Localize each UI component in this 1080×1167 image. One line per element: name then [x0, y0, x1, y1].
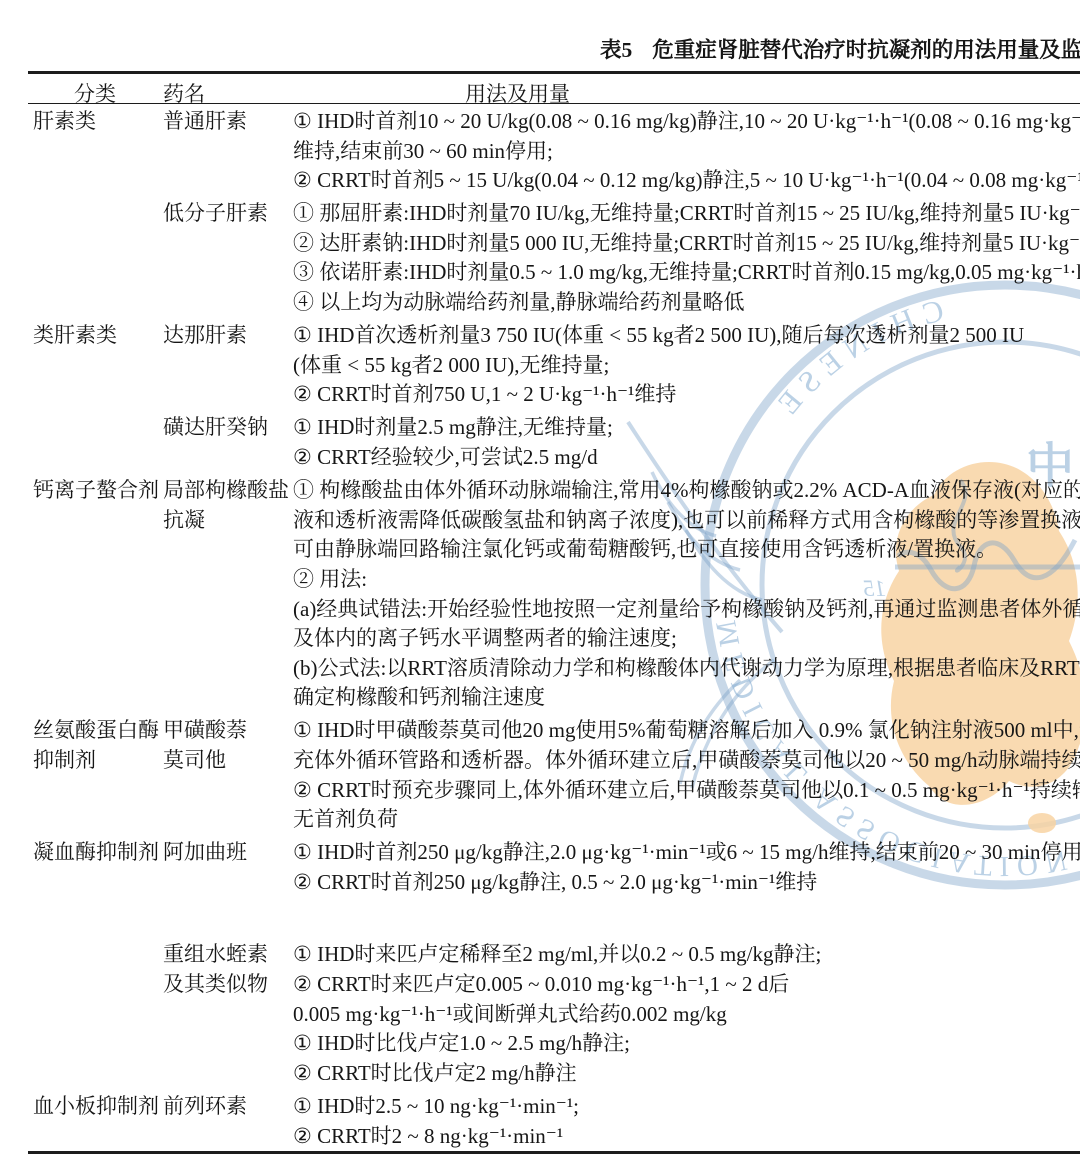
category-cell: 类肝素类: [0, 321, 163, 351]
usage-cell: ① IHD时首剂250 μg/kg静注,2.0 μg·kg⁻¹·min⁻¹或6 …: [293, 838, 1080, 897]
usage-cell: ① 枸橼酸盐由体外循环动脉端输注,常用4%枸橼酸钠或2.2% ACD-A血液保存…: [293, 476, 1080, 713]
table-row: 凝血酶抑制剂 阿加曲班 ① IHD时首剂250 μg/kg静注,2.0 μg·k…: [0, 838, 1080, 897]
drug-cell: 达那肝素: [163, 321, 293, 351]
table-title: 表5危重症肾脏替代治疗时抗凝剂的用法用量及监测: [600, 33, 1080, 64]
document-page: CHINESE MEDICAL ASSOCIATION 中 15 表5危重症肾脏…: [0, 0, 1080, 1167]
drug-cell: 局部枸橼酸盐 抗凝: [163, 476, 293, 535]
usage-line: ② 达肝素钠:IHD时剂量5 000 IU,无维持量;CRRT时首剂15 ~ 2…: [293, 229, 1080, 259]
table-title-text: 危重症肾脏替代治疗时抗凝剂的用法用量及监测: [652, 38, 1080, 62]
usage-line: 及体内的离子钙水平调整两者的输注速度;: [293, 624, 1080, 654]
usage-line: 维持,结束前30 ~ 60 min停用;: [293, 137, 1080, 167]
usage-cell: ① IHD时来匹卢定稀释至2 mg/ml,并以0.2 ~ 0.5 mg/kg静注…: [293, 940, 1080, 1088]
usage-line: ① IHD时首剂250 μg/kg静注,2.0 μg·kg⁻¹·min⁻¹或6 …: [293, 838, 1080, 868]
usage-line: ② CRRT经验较少,可尝试2.5 mg/d: [293, 443, 1080, 473]
usage-line: ④ 以上均为动脉端给药剂量,静脉端给药剂量略低: [293, 288, 1080, 318]
usage-line: (a)经典试错法:开始经验性地按照一定剂量给予枸橼酸钠及钙剂,再通过监测患者体外…: [293, 595, 1080, 625]
usage-line: ① IHD时甲磺酸萘莫司他20 mg使用5%葡萄糖溶解后加入 0.9% 氯化钠注…: [293, 716, 1080, 746]
category-cell: 丝氨酸蛋白酶 抑制剂: [0, 716, 163, 775]
table-body: 肝素类 普通肝素 ① IHD时首剂10 ~ 20 U/kg(0.08 ~ 0.1…: [0, 107, 1080, 1151]
usage-line: ① IHD时首剂10 ~ 20 U/kg(0.08 ~ 0.16 mg/kg)静…: [293, 107, 1080, 137]
usage-line: ① IHD时比伐卢定1.0 ~ 2.5 mg/h静注;: [293, 1029, 1080, 1059]
table-row: 丝氨酸蛋白酶 抑制剂 甲磺酸萘 莫司他 ① IHD时甲磺酸萘莫司他20 mg使用…: [0, 716, 1080, 834]
drug-cell: 低分子肝素: [163, 199, 293, 229]
usage-line: ② 用法:: [293, 565, 1080, 595]
drug-cell: 阿加曲班: [163, 838, 293, 868]
usage-line: ① 那屈肝素:IHD时剂量70 IU/kg,无维持量;CRRT时首剂15 ~ 2…: [293, 199, 1080, 229]
drug-cell: 重组水蛭素 及其类似物: [163, 940, 293, 999]
drug-cell: 甲磺酸萘 莫司他: [163, 716, 293, 775]
header-divider-rule: [28, 103, 1080, 104]
usage-line: 确定枸橼酸和钙剂输注速度: [293, 683, 1080, 713]
usage-line: ② CRRT时比伐卢定2 mg/h静注: [293, 1059, 1080, 1089]
usage-line: ① IHD时来匹卢定稀释至2 mg/ml,并以0.2 ~ 0.5 mg/kg静注…: [293, 940, 1080, 970]
usage-line: ① IHD时2.5 ~ 10 ng·kg⁻¹·min⁻¹;: [293, 1092, 1080, 1122]
usage-line: 0.005 mg·kg⁻¹·h⁻¹或间断弹丸式给药0.002 mg/kg: [293, 1000, 1080, 1030]
table-top-rule: [28, 71, 1080, 74]
usage-line: (体重 < 55 kg者2 000 IU),无维持量;: [293, 351, 1080, 381]
usage-cell: ① IHD时甲磺酸萘莫司他20 mg使用5%葡萄糖溶解后加入 0.9% 氯化钠注…: [293, 716, 1080, 834]
table-row: 低分子肝素 ① 那屈肝素:IHD时剂量70 IU/kg,无维持量;CRRT时首剂…: [0, 199, 1080, 317]
drug-cell: 前列环素: [163, 1092, 293, 1122]
usage-line: ① 枸橼酸盐由体外循环动脉端输注,常用4%枸橼酸钠或2.2% ACD-A血液保存…: [293, 476, 1080, 506]
usage-line: ① IHD时剂量2.5 mg静注,无维持量;: [293, 413, 1080, 443]
category-cell: 凝血酶抑制剂: [0, 838, 163, 868]
usage-cell: ① IHD时首剂10 ~ 20 U/kg(0.08 ~ 0.16 mg/kg)静…: [293, 107, 1080, 196]
usage-line: ① IHD首次透析剂量3 750 IU(体重 < 55 kg者2 500 IU)…: [293, 321, 1080, 351]
usage-cell: ① IHD时剂量2.5 mg静注,无维持量; ② CRRT经验较少,可尝试2.5…: [293, 413, 1080, 472]
usage-line: ② CRRT时首剂5 ~ 15 U/kg(0.04 ~ 0.12 mg/kg)静…: [293, 166, 1080, 196]
usage-line: 液和透析液需降低碳酸氢盐和钠离子浓度),也可以前稀释方式用含枸橼酸的等渗置换液替…: [293, 506, 1080, 536]
table-row: 肝素类 普通肝素 ① IHD时首剂10 ~ 20 U/kg(0.08 ~ 0.1…: [0, 107, 1080, 196]
table-row: 血小板抑制剂 前列环素 ① IHD时2.5 ~ 10 ng·kg⁻¹·min⁻¹…: [0, 1092, 1080, 1151]
usage-line: ② CRRT时来匹卢定0.005 ~ 0.010 mg·kg⁻¹·h⁻¹,1 ~…: [293, 970, 1080, 1000]
usage-line: ② CRRT时首剂250 μg/kg静注, 0.5 ~ 2.0 μg·kg⁻¹·…: [293, 868, 1080, 898]
usage-cell: ① IHD首次透析剂量3 750 IU(体重 < 55 kg者2 500 IU)…: [293, 321, 1080, 410]
table-row: 类肝素类 达那肝素 ① IHD首次透析剂量3 750 IU(体重 < 55 kg…: [0, 321, 1080, 410]
table-row: 磺达肝癸钠 ① IHD时剂量2.5 mg静注,无维持量; ② CRRT经验较少,…: [0, 413, 1080, 472]
usage-line: ③ 依诺肝素:IHD时剂量0.5 ~ 1.0 mg/kg,无维持量;CRRT时首…: [293, 258, 1080, 288]
usage-cell: ① IHD时2.5 ~ 10 ng·kg⁻¹·min⁻¹; ② CRRT时2 ~…: [293, 1092, 1080, 1151]
usage-line: (b)公式法:以RRT溶质清除动力学和枸橼酸体内代谢动力学为原理,根据患者临床及…: [293, 654, 1080, 684]
table-content: 表5危重症肾脏替代治疗时抗凝剂的用法用量及监测 分类 药名 用法及用量 肝素类 …: [0, 0, 1080, 1167]
usage-line: 可由静脉端回路输注氯化钙或葡萄糖酸钙,也可直接使用含钙透析液/置换液。: [293, 535, 1080, 565]
usage-cell: ① 那屈肝素:IHD时剂量70 IU/kg,无维持量;CRRT时首剂15 ~ 2…: [293, 199, 1080, 317]
usage-line: ② CRRT时预充步骤同上,体外循环建立后,甲磺酸萘莫司他以0.1 ~ 0.5 …: [293, 776, 1080, 806]
drug-cell: 磺达肝癸钠: [163, 413, 293, 443]
category-cell: 肝素类: [0, 107, 163, 137]
usage-line: 充体外循环管路和透析器。体外循环建立后,甲磺酸萘莫司他以20 ~ 50 mg/h…: [293, 746, 1080, 776]
category-cell: 血小板抑制剂: [0, 1092, 163, 1122]
table-row: 重组水蛭素 及其类似物 ① IHD时来匹卢定稀释至2 mg/ml,并以0.2 ~…: [0, 940, 1080, 1088]
usage-line: 无首剂负荷: [293, 805, 1080, 835]
table-bottom-rule: [28, 1151, 1080, 1154]
usage-line: ② CRRT时首剂750 U,1 ~ 2 U·kg⁻¹·h⁻¹维持: [293, 380, 1080, 410]
table-number: 表5: [600, 38, 632, 62]
category-cell: 钙离子螯合剂: [0, 476, 163, 506]
table-row: 钙离子螯合剂 局部枸橼酸盐 抗凝 ① 枸橼酸盐由体外循环动脉端输注,常用4%枸橼…: [0, 476, 1080, 713]
usage-line: ② CRRT时2 ~ 8 ng·kg⁻¹·min⁻¹: [293, 1122, 1080, 1152]
drug-cell: 普通肝素: [163, 107, 293, 137]
